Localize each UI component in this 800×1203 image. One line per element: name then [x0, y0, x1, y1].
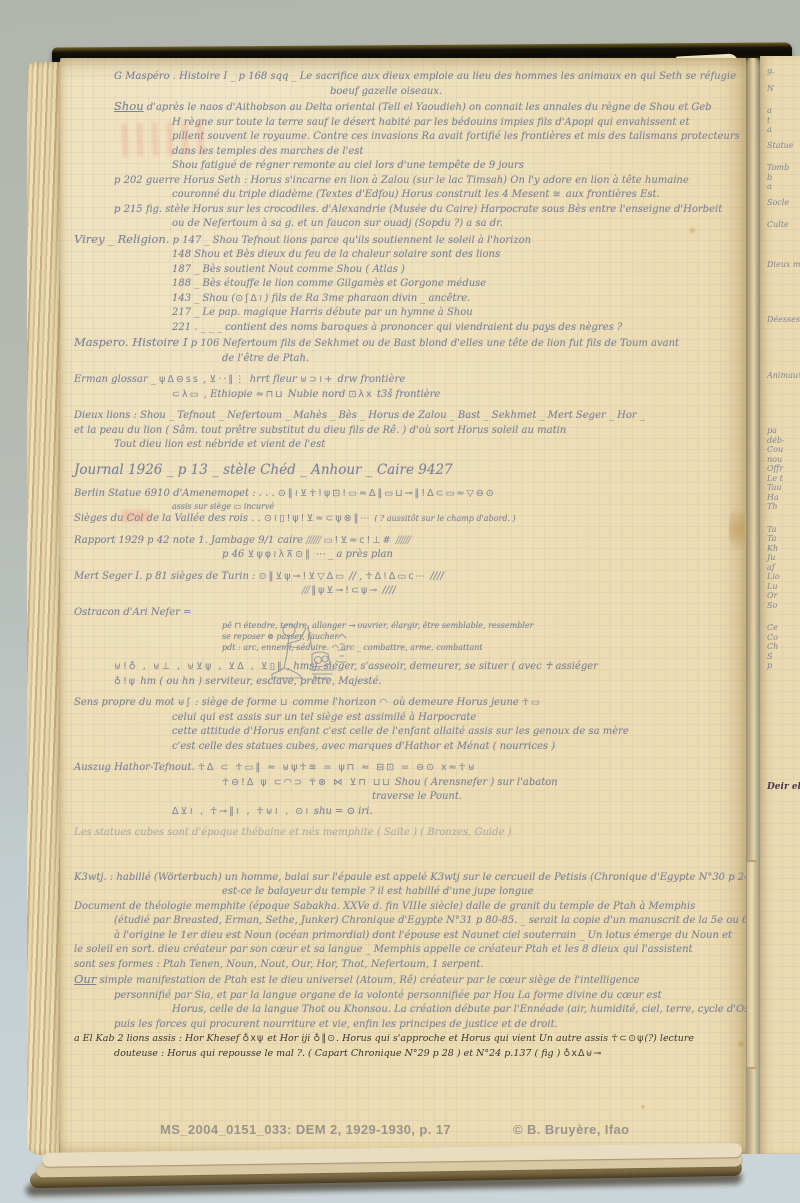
facing-page-line: Dieux mô — [767, 260, 800, 270]
text-run: Ostracon d'Ari Nefer = — [74, 607, 192, 618]
manuscript-line: à l'origine le 1er dieu est Noun (océan … — [114, 929, 746, 944]
text-run: Shou fatigué de régner remonte au ciel l… — [172, 160, 524, 171]
seated-figure-sketch — [268, 620, 354, 694]
facing-page-line: Statue — [767, 141, 800, 151]
text-run: af — [767, 563, 775, 572]
text-run: Deir el W — [767, 782, 800, 792]
manuscript-line: 217 _ Le pap. magique Harris débute par … — [172, 306, 746, 321]
text-run: Or — [767, 591, 777, 600]
manuscript-line: Maspero. Histoire I p 106 Nefertoum fils… — [74, 335, 746, 352]
manuscript-line: p 46 ⊻ψφ≀λ⊼⊙‖ ⋯ _ a près plan — [222, 548, 746, 563]
text-run: p 215 fig. stèle Horus sur les crocodile… — [114, 204, 722, 215]
stamp-remnant — [122, 510, 150, 522]
text-run: Mert Seger I. p 81 sièges de Turin : — [74, 571, 259, 582]
manuscript-line: H règne sur toute la terre sauf le déser… — [172, 116, 746, 131]
text-run: Statue — [767, 141, 794, 150]
text-run: Ce — [767, 623, 778, 632]
text-run: déb- — [767, 436, 785, 445]
facing-page-line: Animaux — [767, 371, 800, 381]
hieroglyph-run: ⊎⊃≀+ — [300, 374, 334, 385]
manuscript-line: Horus, celle de la langue Thot ou Khonso… — [172, 1003, 746, 1018]
stamp-remnant — [121, 121, 204, 158]
notebook-photo: G Maspéro . Histoire I _ p 168 sqq _ Le … — [0, 0, 800, 1203]
manuscript-line: (étudié par Breasted, Erman, Sethe, Junk… — [114, 914, 746, 929]
text-run: . Horus qui s'approche et Horus qui vien… — [336, 1033, 611, 1044]
text-run: simple manifestation de Ptah est le dieu… — [96, 975, 639, 986]
text-run: à l'origine le 1er dieu est Noun (océan … — [114, 930, 732, 941]
manuscript-line: et la peau du lion ( Sâm. tout prêtre su… — [74, 424, 746, 439]
text-run: Déesses _ — [767, 315, 800, 324]
manuscript-line: Erman glossar _ ψΔ⊖ss , ⊻··‖⋮ hrrt fleur… — [74, 373, 746, 388]
facing-page-lines: 9-NataStatueTombbaSocleCulteDieux môDées… — [767, 68, 800, 792]
paper-stain — [640, 1104, 646, 1110]
text-run: //// — [379, 585, 396, 596]
manuscript-line: a El Kab 2 lions assis : Hor Khesef ♁xψ … — [74, 1032, 746, 1047]
text-run: Ta — [767, 525, 776, 534]
facing-page-line: Culte — [767, 220, 800, 230]
manuscript-line: Sièges du Col de la Vallée des rois . . … — [74, 512, 746, 527]
facing-page-line: Tomb — [767, 163, 800, 173]
hieroglyph-run: ♁xψ — [242, 1033, 264, 1044]
hieroglyph-run: ⊂λ▭ — [172, 389, 201, 400]
facing-page-line: Tau — [767, 483, 800, 493]
gutter-tape — [747, 860, 757, 1069]
manuscript-line: Shou d'après le naos d'Aithobson au Delt… — [114, 99, 746, 116]
text-run: 217 _ Le pap. magique Harris débute par … — [172, 307, 473, 318]
photo-caption: MS_2004_0151_033: DEM 2, 1929-1930, p. 1… — [60, 1122, 746, 1138]
facing-page-line: Socle — [767, 198, 800, 208]
hieroglyph-run: ⊙‖≀⊻☥!ψ⊡!▭≈Δ‖▭⊔⊸‖!Δ⊂▭≈▽⊖⊙ — [278, 488, 496, 499]
manuscript-line: Ostracon d'Ari Nefer = — [74, 606, 746, 621]
text-run: puis les forces qui procurent nourriture… — [114, 1019, 558, 1030]
text-run: Maspero. Histoire I — [74, 335, 188, 349]
text-run: c'est celle des statues cubes, avec marq… — [172, 741, 555, 752]
manuscript-line: Document de théologie memphite (époque S… — [74, 900, 746, 915]
manuscript-line: p 202 guerre Horus Seth : Horus s'incarn… — [114, 174, 746, 189]
text-run: Co — [767, 633, 778, 642]
text-run: de l'être de Ptah. — [222, 353, 309, 364]
facing-page-line: Or — [767, 591, 800, 601]
manuscript-line: puis les forces qui procurent nourriture… — [114, 1018, 746, 1033]
hieroglyph-run: ☥Δ ⊂ ☥▭‖ ≈ ⊎ψ☥≋ = ψ⊓ ≈ ⊟⊡ = ⊖⊙ x≈☥⊎ — [198, 762, 477, 773]
manuscript-line: ⊂λ▭ , Ethiopie ≈⊓⊔ Nubie nord ⊡λx t3š fr… — [172, 388, 746, 403]
hieroglyph-run: ≋ — [553, 189, 563, 200]
hieroglyph-run: ⊔ — [280, 697, 289, 708]
manuscript-line: p 215 fig. stèle Horus sur les crocodile… — [114, 203, 746, 218]
text-run: drw frontière — [334, 374, 405, 385]
caption-id: MS_2004_0151_033: DEM 2, 1929-1930, p. 1… — [160, 1122, 451, 1137]
text-run: hrrt fleur — [247, 374, 297, 385]
text-run: , Ethiopie — [201, 389, 256, 400]
text-run: : siège de forme — [192, 697, 280, 708]
text-run: N — [767, 84, 774, 93]
text-run: Ta — [767, 534, 776, 543]
hieroglyph-run: ◠ — [380, 697, 390, 708]
text-run: Cou — [767, 445, 783, 454]
text-run: Culte — [767, 220, 789, 229]
hieroglyph-run: ♁xΔ⊎⊸ — [563, 1048, 602, 1059]
manuscript-line: pillent souvent le royaume. Contre ces i… — [172, 130, 746, 145]
paper-stain — [737, 1040, 745, 1048]
text-run: ////// — [306, 535, 320, 546]
facing-page-line: déb- — [767, 436, 800, 446]
text-run: nou — [767, 455, 782, 464]
manuscript-line: Sens propre du mot ⊎ʃ : siège de forme ⊔… — [74, 696, 746, 711]
hieroglyph-run: ‖ψ⊻⊸!⊂ψ⊸ — [311, 585, 379, 596]
manuscript-line: 148 Shou et Bès dieux du feu de la chale… — [172, 248, 746, 263]
text-run: aux frontières Est. — [563, 189, 660, 200]
manuscript-line: boeuf gazelle oiseaux. — [330, 85, 746, 100]
text-run: personnifié par Sia, et par la langue or… — [114, 990, 662, 1001]
text-run: t — [767, 116, 770, 125]
text-run: Socle — [767, 198, 789, 207]
facing-page-line: N — [767, 84, 800, 94]
text-run: 221 . _ _ _ contient des noms baroques à… — [172, 322, 622, 333]
text-run: et la peau du lion ( Sâm. tout prêtre su… — [74, 425, 566, 436]
facing-page-line: Le t — [767, 474, 800, 484]
manuscript-line: Auszug Hathor-Tefnout. ☥Δ ⊂ ☥▭‖ ≈ ⊎ψ☥≋ =… — [74, 761, 746, 776]
hieroglyph-run: ☥⊂⊙ψ — [611, 1033, 644, 1044]
facing-page-line: Ta — [767, 525, 800, 535]
facing-page-sliver: 9-NataStatueTombbaSocleCulteDieux môDées… — [760, 56, 800, 1154]
manuscript-line: traverse le Pount. — [372, 790, 746, 805]
text-run: H règne sur toute la terre sauf le déser… — [172, 117, 690, 128]
text-run: Tau — [767, 483, 782, 492]
text-run: boeuf gazelle oiseaux. — [330, 86, 442, 97]
text-run: Lu — [767, 582, 777, 591]
text-run: p 202 guerre Horus Seth : Horus s'incarn… — [114, 175, 689, 186]
text-run: Dieux mô — [767, 260, 800, 269]
hieroglyph-run: ♁!ψ — [114, 676, 137, 687]
facing-page-line: nou — [767, 455, 800, 465]
manuscript-line: douteuse : Horus qui repousse le mal ?. … — [114, 1047, 746, 1062]
text-run: cette attitude d'Horus enfant c'est cell… — [172, 726, 629, 737]
facing-page-line: a — [767, 182, 800, 192]
facing-page-line: Ju — [767, 553, 800, 563]
manuscript-line: le soleil en sort. dieu créateur par son… — [74, 943, 746, 958]
text-run: (?) lecture — [644, 1033, 694, 1044]
text-run: Berlin Statue 6910 d'Amenemopet : . . . — [74, 488, 278, 499]
text-run: Ch — [767, 642, 778, 651]
manuscript-line: /// ‖ψ⊻⊸!⊂ψ⊸ //// — [302, 584, 746, 599]
text-run: Shou — [114, 99, 144, 113]
text-run: G Maspéro . Histoire I _ p 168 sqq _ Le … — [114, 71, 736, 82]
text-run: comme l'horizon — [289, 697, 379, 708]
manuscript-line: de l'être de Ptah. — [222, 352, 746, 367]
text-run: Nubie nord — [285, 389, 349, 400]
hieroglyph-run: ψΔ⊖ss — [159, 374, 200, 385]
text-run: et Hor iji — [264, 1033, 313, 1044]
text-run: Tomb — [767, 163, 789, 172]
facing-page-line: Deir el W — [767, 783, 800, 793]
manuscript-line: 143 _ Shou (⊙ʃΔ≀) fils de Ra 3me pharaon… — [172, 292, 746, 307]
text-run: shu = ⊙ iri. — [311, 806, 373, 817]
text-run: ////// — [396, 535, 410, 546]
text-run: a — [767, 106, 772, 115]
text-run: Tout dieu lion est nébride et vient de l… — [114, 439, 325, 450]
text-run: pa — [767, 426, 777, 435]
text-run: So — [767, 601, 777, 610]
facing-page-line: S — [767, 652, 800, 662]
manuscript-line: K3wtj. : habillé (Wörterbuch) un homme, … — [74, 871, 746, 886]
manuscript-line: Dieux lions : Shou _ Tefnout _ Nefertoum… — [74, 409, 746, 424]
facing-page-line: Lio — [767, 572, 800, 582]
text-run: douteuse : Horus qui repousse le mal ?. … — [114, 1048, 563, 1059]
text-run: Les statues cubes sont d'époque thébaine… — [74, 827, 512, 838]
text-run: Erman glossar _ — [74, 374, 159, 385]
text-run: ⋯ _ a près plan — [312, 549, 393, 560]
manuscript-line: Shou fatigué de régner remonte au ciel l… — [172, 159, 746, 174]
facing-page-line: Offr — [767, 464, 800, 474]
text-run: , — [200, 374, 210, 385]
text-run: Sièges du Col de la Vallée des rois . . — [74, 513, 264, 524]
text-run: ) fils de Ra 3me pharaon divin _ ancêtre… — [265, 293, 471, 304]
text-run: Document de théologie memphite (époque S… — [74, 901, 695, 912]
text-run: Ju — [767, 553, 775, 562]
manuscript-line: couronné du triple diadème (Textes d'Edf… — [172, 188, 746, 203]
text-run: traverse le Pount. — [372, 791, 462, 802]
hieroglyph-run: ☥Δ!Δ▭c⋯ — [366, 571, 428, 582]
facing-page-line: t — [767, 116, 800, 126]
text-run: a — [767, 182, 772, 191]
manuscript-line: Δ⊻≀ , ☥⊸‖≀ , ☥⊎≀ , ⊙≀ shu = ⊙ iri. — [172, 805, 746, 820]
manuscript-line: 188 _ Bès étouffe le lion comme Gilgamès… — [172, 277, 746, 292]
hieroglyph-run: ≈⊓⊔ — [256, 389, 285, 400]
facing-page-line: b — [767, 173, 800, 183]
text-run: Th — [767, 502, 778, 511]
facing-page-line: af — [767, 563, 800, 573]
text-run: 187 _ Bès soutient Nout comme Shou ( Atl… — [172, 264, 405, 275]
text-run: est-ce le balayeur du temple ? il est ha… — [222, 886, 534, 897]
facing-page-line: Ce — [767, 623, 800, 633]
text-run: /// — [302, 585, 311, 596]
facing-page-line: p — [767, 661, 800, 671]
manuscript-line: ou de Nefertoum à sa g. et un faucon sur… — [172, 217, 746, 232]
manuscript-line: G Maspéro . Histoire I _ p 168 sqq _ Le … — [114, 70, 746, 85]
manuscript-line: ☥⊖!Δ ψ ⊂◠⊃ ☥⊗ ⋈ ⊻⊓ ⊔⊔ Shou ( Arensnefer … — [222, 776, 746, 791]
text-run: couronné du triple diadème (Textes d'Edf… — [172, 189, 553, 200]
manuscript-line: Virey _ Religion. p 147 _ Shou Tefnout l… — [74, 232, 746, 249]
facing-page-line: Co — [767, 633, 800, 643]
manuscript-line: Berlin Statue 6910 d'Amenemopet : . . . … — [74, 487, 746, 502]
text-run: Virey _ Religion. — [74, 232, 170, 246]
text-run: Auszug Hathor-Tefnout. — [74, 762, 198, 773]
manuscript-line: 187 _ Bès soutient Nout comme Shou ( Atl… — [172, 263, 746, 278]
facing-page-line: Ta — [767, 534, 800, 544]
text-run: Ha — [767, 493, 779, 502]
manuscript-line: personnifié par Sia, et par la langue or… — [114, 989, 746, 1004]
hieroglyph-run: ⊻ψφ≀λ⊼⊙‖ — [247, 549, 311, 560]
text-run: ou de Nefertoum à sa g. et un faucon sur… — [172, 218, 503, 229]
facing-page-line: Th — [767, 502, 800, 512]
manuscript-line: cette attitude d'Horus enfant c'est cell… — [172, 725, 746, 740]
hieroglyph-run: ⊎ʃ — [178, 697, 192, 708]
text-run: p 147 _ Shou Tefnout lions parce qu'ils … — [170, 235, 532, 246]
facing-page-line: Kh — [767, 544, 800, 554]
text-run: Shou ( Arensnefer ) sur l'abaton — [392, 777, 558, 788]
paper-stain — [688, 226, 697, 235]
text-run: Rapport 1929 p 42 note 1. Jambage 9/1 ca… — [74, 535, 306, 546]
facing-page-line: pa — [767, 426, 800, 436]
paper-stain — [729, 498, 745, 560]
text-run: Horus, celle de la langue Thot ou Khonso… — [172, 1004, 746, 1015]
text-run: K3wtj. : habillé (Wörterbuch) un homme, … — [74, 872, 746, 883]
manuscript-line: celui qui est assis sur un tel siège est… — [172, 711, 746, 726]
text-run: a El Kab 2 lions assis : Hor Khesef — [74, 1033, 242, 1044]
hieroglyph-run: ⊻··‖⋮ — [209, 374, 246, 385]
manuscript-line: Our simple manifestation de Ptah est le … — [74, 972, 746, 989]
text-run: //// — [427, 571, 444, 582]
text-run: Our — [74, 972, 96, 986]
text-run: sont ses formes : Ptah Tenen, Noun, Nout… — [74, 959, 483, 970]
facing-page-line: Lu — [767, 582, 800, 592]
hieroglyph-run: ▭!⊻≈c!⊥# — [324, 535, 393, 546]
manuscript-line: Les statues cubes sont d'époque thébaine… — [74, 826, 746, 841]
manuscript-lines: G Maspéro . Histoire I _ p 168 sqq _ Le … — [72, 70, 746, 1061]
facing-page-line: Déesses _ — [767, 315, 800, 325]
manuscript-line: est-ce le balayeur du temple ? il est ha… — [222, 885, 746, 900]
text-run: d'après le naos d'Aithobson au Delta ori… — [144, 102, 712, 113]
hieroglyph-run: ⊙‖⊻ψ⊸!⊻▽Δ▭ — [259, 571, 346, 582]
text-run: 148 Shou et Bès dieux du feu de la chale… — [172, 249, 500, 260]
text-run: (étudié par Breasted, Erman, Sethe, Junk… — [114, 915, 746, 926]
text-run: b — [767, 173, 772, 182]
manuscript-line: Journal 1926 _ p 13 _ stèle Chéd _ Anhou… — [74, 460, 746, 480]
hieroglyph-run: Δ⊻≀ , ☥⊸‖≀ , ☥⊎≀ , ⊙≀ — [172, 806, 311, 817]
facing-page-line: a — [767, 125, 800, 135]
text-run: le soleil en sort. dieu créateur par son… — [74, 944, 693, 955]
text-run: t3š frontière — [374, 389, 441, 400]
hieroglyph-run: ⊙≀▯!ψ!⊻≈⊂ψ⊗‖⋯ — [264, 513, 372, 524]
text-run: 143 _ Shou ( — [172, 293, 235, 304]
hieroglyph-run: ☥⊖!Δ ψ ⊂◠⊃ ☥⊗ ⋈ ⊻⊓ ⊔⊔ — [222, 777, 392, 788]
hieroglyph-run: ⊡λx — [348, 389, 373, 400]
facing-page-line: a — [767, 106, 800, 116]
text-run: où demeure Horus jeune — [390, 697, 522, 708]
manuscript-line: sont ses formes : Ptah Tenen, Noun, Nout… — [74, 958, 746, 973]
manuscript-line: ♁!ψ hm ( ou hn ) serviteur, esclave, prê… — [114, 675, 746, 690]
text-run: Sens propre du mot — [74, 697, 178, 708]
text-run: a — [767, 125, 772, 134]
facing-page-line: So — [767, 601, 800, 611]
manuscript-line: Mert Seger I. p 81 sièges de Turin : ⊙‖⊻… — [74, 570, 746, 585]
manuscript-line: dans les temples des marches de l'est — [172, 145, 746, 160]
text-run: Journal 1926 _ p 13 _ stèle Chéd _ Anhou… — [74, 462, 453, 478]
left-page-edge-stack — [27, 62, 63, 1155]
hieroglyph-run: ♁‖⊙ — [313, 1033, 336, 1044]
text-run: ( ? aussitôt sur le champ d'abord. ) — [372, 514, 516, 523]
text-run: Lio — [767, 572, 780, 581]
manuscript-line: 221 . _ _ _ contient des noms baroques à… — [172, 321, 746, 336]
hieroglyph-run: ⊎!♁ , ⊎⊥ , ⊎⊻ψ , ⊻Δ , ⊻▯‖ — [114, 661, 284, 672]
manuscript-line: Tout dieu lion est nébride et vient de l… — [114, 438, 746, 453]
text-run: S — [767, 652, 772, 661]
facing-page-line: Ha — [767, 493, 800, 503]
text-run: celui qui est assis sur un tel siège est… — [172, 712, 476, 723]
text-run: pillent souvent le royaume. Contre ces i… — [172, 131, 740, 142]
ostracon-sketch — [268, 620, 354, 698]
manuscript-line: Rapport 1929 p 42 note 1. Jambage 9/1 ca… — [74, 534, 746, 549]
text-run: 188 _ Bès étouffe le lion comme Gilgamès… — [172, 278, 486, 289]
left-page: G Maspéro . Histoire I _ p 168 sqq _ Le … — [60, 58, 746, 1154]
caption-copyright: © B. Bruyère, Ifao — [513, 1122, 629, 1137]
manuscript-line: ⊎!♁ , ⊎⊥ , ⊎⊻ψ , ⊻Δ , ⊻▯‖ , hmsj. siéger… — [114, 660, 746, 675]
facing-page-line: 9- — [767, 68, 800, 78]
facing-page-line: Cou — [767, 445, 800, 455]
text-run: Dieux lions : Shou _ Tefnout _ Nefertoum… — [74, 410, 645, 421]
manuscript-line: assis sur siège ▭ incurvé — [172, 501, 746, 512]
text-run: 9- — [767, 68, 775, 77]
text-run: Le t — [767, 474, 783, 483]
manuscript-line: c'est celle des statues cubes, avec marq… — [172, 740, 746, 755]
text-run: p — [767, 661, 772, 670]
text-run: Animaux — [767, 371, 800, 380]
hieroglyph-run: ⊙ʃΔ≀ — [235, 293, 264, 304]
hieroglyph-run: ☥▭ — [522, 697, 542, 708]
text-run: Kh — [767, 544, 778, 553]
text-run: p 46 — [222, 549, 247, 560]
text-run: Offr — [767, 464, 783, 473]
text-run: p 106 Nefertoum fils de Sekhmet ou de Ba… — [188, 338, 680, 349]
text-run: // , — [346, 571, 365, 582]
facing-page-line: Ch — [767, 642, 800, 652]
text-run: assis sur siège ▭ incurvé — [172, 502, 274, 511]
